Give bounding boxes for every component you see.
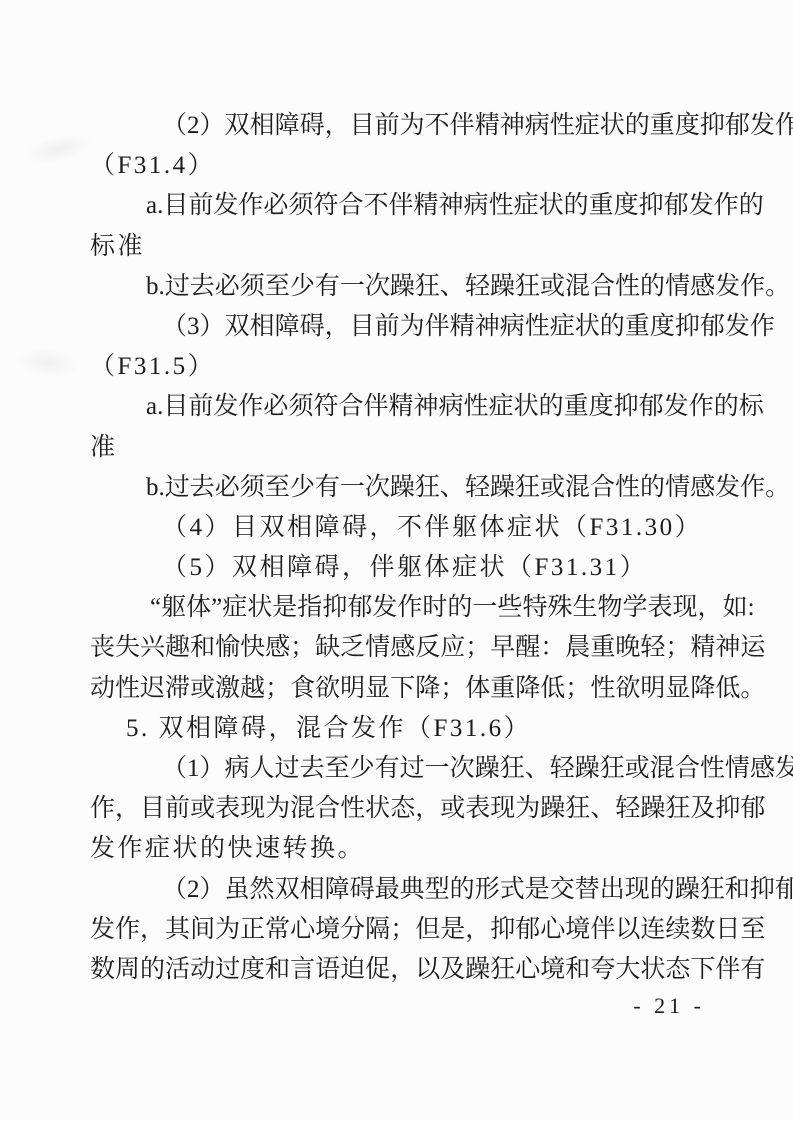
text-token: 的	[447, 588, 472, 628]
text-token: 狂	[600, 749, 625, 789]
text-token: 生	[572, 588, 597, 628]
text-token: 作	[689, 387, 714, 427]
text-token: 出	[600, 870, 625, 910]
text-token: 性	[590, 669, 615, 709]
text-token: 碍	[300, 106, 325, 146]
text-token: 轻	[465, 468, 490, 508]
text-token: 碍	[350, 870, 375, 910]
text-token: 过	[165, 267, 190, 307]
text-token: 性	[615, 468, 640, 508]
text-token: 应	[440, 628, 465, 668]
text-token: a.	[146, 387, 163, 427]
text-token: 过	[400, 749, 425, 789]
document-page: （2）双相障碍，目前为不伴精神病性症状的重度抑郁发作（F31.4）a.目前发作必…	[0, 0, 793, 1121]
text-token: 精	[389, 387, 414, 427]
text-token: 重	[625, 307, 650, 347]
text-token: 境	[540, 950, 565, 990]
text-token: 狂	[415, 468, 440, 508]
text-token: 狂	[415, 267, 440, 307]
text-token: 符	[313, 186, 338, 226]
text-token: 目	[350, 106, 375, 146]
text-token: 状	[365, 789, 390, 829]
text-token: 前	[188, 387, 213, 427]
text-token: 轻	[615, 789, 640, 829]
text-token: 作	[714, 186, 739, 226]
text-token: 乏	[340, 628, 365, 668]
text-token: ；	[565, 669, 590, 709]
text-token: 相	[300, 870, 325, 910]
text-token: 前	[375, 307, 400, 347]
text-token: 。	[740, 669, 765, 709]
text-token: 郁	[515, 910, 540, 950]
text-token: 及	[440, 950, 465, 990]
text-token: 性	[525, 307, 550, 347]
text-token: 须	[240, 267, 265, 307]
text-token: 体	[186, 588, 211, 628]
text-token: 伴	[590, 910, 615, 950]
text-token: ，	[465, 910, 490, 950]
text-token: ”	[211, 588, 222, 628]
text-token: 躁	[540, 789, 565, 829]
text-token: 早	[490, 628, 515, 668]
text-token: 郁	[725, 106, 750, 146]
text-token: 心	[290, 910, 315, 950]
text-token: 和	[565, 950, 590, 990]
text-token: 郁	[639, 387, 664, 427]
text-token: 伴	[363, 387, 388, 427]
text-token: 一	[340, 267, 365, 307]
text-token: 重	[490, 669, 515, 709]
text-token: 作	[115, 910, 140, 950]
text-token: 过	[165, 468, 190, 508]
text-token: 指	[297, 588, 322, 628]
text-token: 狂	[665, 789, 690, 829]
text-token: 迟	[140, 669, 165, 709]
text-token: 符	[313, 387, 338, 427]
text-token: 殊	[547, 588, 572, 628]
text-token: 迫	[340, 950, 365, 990]
text-token: 其	[165, 910, 190, 950]
text-token: 有	[315, 468, 340, 508]
text-token: 的	[600, 307, 625, 347]
text-token: 次	[365, 468, 390, 508]
text-token: 现	[625, 870, 650, 910]
text-token: 情	[665, 468, 690, 508]
text-token: 激	[215, 669, 240, 709]
text-token: 作	[740, 468, 765, 508]
text-token: 合	[590, 267, 615, 307]
text-token: ，	[698, 588, 723, 628]
text-token: 郁	[347, 588, 372, 628]
text-token: 相	[250, 307, 275, 347]
text-token: 的	[564, 186, 589, 226]
text-token: 语	[315, 950, 340, 990]
text-token: ；	[265, 669, 290, 709]
text-token: 发	[725, 307, 750, 347]
text-token: 感	[390, 628, 415, 668]
text-token: 常	[265, 910, 290, 950]
text-token: 最	[375, 870, 400, 910]
text-token: 或	[540, 267, 565, 307]
text-token: 有	[740, 950, 765, 990]
text-token: 表	[465, 789, 490, 829]
text-token: 愉	[215, 628, 240, 668]
text-token: 病	[225, 749, 250, 789]
text-token: 郁	[664, 186, 689, 226]
text-token: 下	[690, 950, 715, 990]
text-token: 目	[140, 789, 165, 829]
text-token: ，	[415, 789, 440, 829]
text-token: 必	[263, 387, 288, 427]
text-token: 症	[222, 588, 247, 628]
text-line: b.过去必须至少有一次躁狂、轻躁狂或混合性的情感发作。	[90, 468, 715, 508]
text-token: 去	[190, 468, 215, 508]
text-token: 。	[765, 468, 790, 508]
text-token: 发	[689, 186, 714, 226]
text-token: 病	[500, 307, 525, 347]
text-token: 为	[265, 789, 290, 829]
text-token: 性	[464, 387, 489, 427]
text-token: 间	[190, 910, 215, 950]
text-token: ）	[200, 307, 225, 347]
text-token: 活	[165, 950, 190, 990]
text-token: 数	[90, 950, 115, 990]
text-token: 晨	[565, 628, 590, 668]
text-line: b.过去必须至少有一次躁狂、轻躁狂或混合性的情感发作。	[90, 267, 715, 307]
text-token: 作	[90, 789, 115, 829]
text-token: 和	[190, 628, 215, 668]
text-line: a.目前发作必须符合不伴精神病性症状的重度抑郁发作的	[90, 186, 715, 226]
text-token: 大	[615, 950, 640, 990]
text-token: b.	[146, 267, 165, 307]
text-token: 病	[525, 106, 550, 146]
text-token: 前	[375, 106, 400, 146]
text-token: 下	[390, 669, 415, 709]
text-token: 度	[614, 186, 639, 226]
text-line: 作，目前或表现为混合性状态，或表现为躁狂、轻躁狂及抑郁	[90, 789, 715, 829]
text-token: 状	[247, 588, 272, 628]
text-token: 典	[400, 870, 425, 910]
text-token: 躁	[465, 950, 490, 990]
text-token: 性	[115, 669, 140, 709]
text-line: （2）虽然双相障碍最典型的形式是交替出现的躁狂和抑郁	[90, 870, 715, 910]
text-token: 神	[439, 186, 464, 226]
text-token: （	[162, 106, 187, 146]
text-line: （3）双相障碍，目前为伴精神病性症状的重度抑郁发作	[90, 307, 715, 347]
text-token: 伴	[715, 950, 740, 990]
text-token: 时	[422, 588, 447, 628]
text-token: 双	[225, 307, 250, 347]
text-token: 但	[415, 910, 440, 950]
page-number: - 21 -	[633, 992, 705, 1020]
text-token: 神	[475, 307, 500, 347]
text-token: 发	[90, 910, 115, 950]
text-token: 的	[539, 387, 564, 427]
text-token: 情	[365, 628, 390, 668]
text-token: 性	[489, 186, 514, 226]
text-token: 欲	[315, 669, 340, 709]
text-token: 情	[725, 749, 750, 789]
text-token: 的	[625, 106, 650, 146]
text-token: 躁	[675, 870, 700, 910]
text-token: 现	[673, 588, 698, 628]
scan-smudge	[22, 129, 96, 169]
text-token: 作	[397, 588, 422, 628]
text-token: 表	[648, 588, 673, 628]
text-token: 狂	[515, 468, 540, 508]
text-token: 为	[400, 106, 425, 146]
text-token: 精	[690, 628, 715, 668]
text-token: 须	[288, 186, 313, 226]
text-token: 感	[265, 628, 290, 668]
text-token: 作	[238, 387, 263, 427]
text-token: 晚	[615, 628, 640, 668]
text-token: ，	[390, 950, 415, 990]
text-token: 狂	[565, 789, 590, 829]
text-token: 是	[440, 910, 465, 950]
text-token: 发	[750, 106, 775, 146]
text-token: 躁	[390, 267, 415, 307]
text-token: ；	[440, 669, 465, 709]
text-token: 为	[515, 789, 540, 829]
text-token: 性	[340, 789, 365, 829]
text-token: 境	[565, 910, 590, 950]
text-token: 的	[739, 186, 764, 226]
text-token: 有	[315, 267, 340, 307]
text-line: 动性迟滞或激越；食欲明显下降；体重降低；性欲明显降低。	[90, 669, 715, 709]
text-token: 以	[415, 950, 440, 990]
text-token: 双	[225, 106, 250, 146]
text-token: （	[162, 749, 187, 789]
text-token: 动	[90, 669, 115, 709]
text-token: 必	[263, 186, 288, 226]
text-token: 、	[525, 749, 550, 789]
text-token: 趣	[165, 628, 190, 668]
text-token: 躁	[390, 468, 415, 508]
document-text-block: （2）双相障碍，目前为不伴精神病性症状的重度抑郁发作（F31.4）a.目前发作必…	[90, 106, 715, 990]
text-token: 情	[665, 267, 690, 307]
text-token: 感	[690, 468, 715, 508]
text-token: 混	[650, 749, 675, 789]
text-token: 些	[497, 588, 522, 628]
text-token: 合	[338, 186, 363, 226]
text-token: 为	[215, 910, 240, 950]
text-line: （1）病人过去至少有过一次躁狂、轻躁狂或混合性情感发	[90, 749, 715, 789]
text-token: 躁	[640, 789, 665, 829]
text-token: 伴	[389, 186, 414, 226]
text-token: 狂	[515, 267, 540, 307]
text-token: 重	[650, 106, 675, 146]
text-token: 言	[290, 950, 315, 990]
text-token: 式	[500, 870, 525, 910]
text-token: 失	[115, 628, 140, 668]
text-line: （4）目双相障碍，不伴躯体症状（F31.30）	[90, 508, 715, 548]
text-token: 精	[450, 307, 475, 347]
text-token: 少	[290, 468, 315, 508]
text-token: 精	[414, 186, 439, 226]
text-token: 次	[365, 267, 390, 307]
text-token: 去	[190, 267, 215, 307]
text-line: 数周的活动过度和言语迫促，以及躁狂心境和夸大状态下伴有	[90, 950, 715, 990]
text-token: 双	[275, 870, 300, 910]
text-token: ，	[325, 106, 350, 146]
text-token: 神	[414, 387, 439, 427]
text-token: ）	[200, 106, 225, 146]
text-token: 标	[739, 387, 764, 427]
text-token: 促	[365, 950, 390, 990]
text-token: 状	[539, 186, 564, 226]
text-token: 是	[272, 588, 297, 628]
text-token: 夸	[590, 950, 615, 990]
text-token: 现	[490, 789, 515, 829]
text-token: 发	[213, 186, 238, 226]
text-token: 症	[514, 186, 539, 226]
text-token: 须	[288, 387, 313, 427]
text-token: 作	[750, 307, 775, 347]
text-token: 发	[213, 387, 238, 427]
text-token: 至	[740, 910, 765, 950]
text-token: 轻	[550, 749, 575, 789]
text-line: （2）双相障碍，目前为不伴精神病性症状的重度抑郁发作	[90, 106, 715, 146]
text-token: 目	[163, 387, 188, 427]
text-token: 性	[700, 749, 725, 789]
text-token: 周	[115, 950, 140, 990]
text-token: a.	[146, 186, 163, 226]
text-token: 过	[215, 950, 240, 990]
text-token: 隔	[365, 910, 390, 950]
text-token: 抑	[614, 387, 639, 427]
text-token: 发	[715, 267, 740, 307]
text-token: 躁	[475, 749, 500, 789]
text-token: 重	[564, 387, 589, 427]
text-token: 神	[500, 106, 525, 146]
text-token: 重	[590, 628, 615, 668]
text-token: 少	[350, 749, 375, 789]
text-token: 滞	[165, 669, 190, 709]
text-token: 人	[250, 749, 275, 789]
text-token: 及	[690, 789, 715, 829]
text-token: 目	[163, 186, 188, 226]
text-token: 度	[589, 387, 614, 427]
text-token: ；	[290, 628, 315, 668]
text-token: 症	[489, 387, 514, 427]
text-token: 或	[440, 789, 465, 829]
text-token: 前	[165, 789, 190, 829]
text-token: 明	[640, 669, 665, 709]
text-token: 郁	[740, 789, 765, 829]
text-token: 体	[465, 669, 490, 709]
text-token: 发	[715, 468, 740, 508]
text-token: （	[162, 870, 187, 910]
text-line: “躯体”症状是指抑郁发作时的一些特殊生物学表现，如:	[90, 588, 715, 628]
text-token: 降	[515, 669, 540, 709]
text-token: 至	[325, 749, 350, 789]
text-token: 或	[190, 669, 215, 709]
text-token: 有	[375, 749, 400, 789]
text-token: 发	[775, 749, 793, 789]
text-token: 缺	[315, 628, 340, 668]
text-token: 混	[290, 789, 315, 829]
text-token: 发	[664, 387, 689, 427]
text-token: 表	[215, 789, 240, 829]
text-token: 状	[600, 106, 625, 146]
text-token: 。	[765, 267, 790, 307]
text-token: 度	[675, 106, 700, 146]
text-token: 日	[715, 910, 740, 950]
text-token: 分	[340, 910, 365, 950]
text-token: 一	[340, 468, 365, 508]
text-token: 动	[190, 950, 215, 990]
text-token: 症	[575, 106, 600, 146]
text-token: 重	[589, 186, 614, 226]
text-token: 降	[415, 669, 440, 709]
text-token: 状	[514, 387, 539, 427]
text-token: 续	[665, 910, 690, 950]
text-token: 障	[275, 307, 300, 347]
text-token: 相	[250, 106, 275, 146]
text-token: 伴	[425, 307, 450, 347]
text-token: 躯	[161, 588, 186, 628]
text-token: ；	[465, 628, 490, 668]
text-token: 连	[640, 910, 665, 950]
text-token: 的	[714, 387, 739, 427]
text-token: 抑	[639, 186, 664, 226]
text-line: （F31.4）	[90, 146, 715, 186]
text-token: 碍	[300, 307, 325, 347]
text-token: 障	[275, 106, 300, 146]
text-token: b.	[146, 468, 165, 508]
text-line: a.目前发作必须符合伴精神病性症状的重度抑郁发作的标	[90, 387, 715, 427]
text-token: 越	[240, 669, 265, 709]
text-token: 的	[640, 468, 665, 508]
text-token: ；	[665, 628, 690, 668]
text-token: 一	[472, 588, 497, 628]
text-token: 躁	[490, 267, 515, 307]
text-token: 丧	[90, 628, 115, 668]
text-line: 丧失兴趣和愉快感；缺乏情感反应；早醒：晨重晚轻；精神运	[90, 628, 715, 668]
text-token: 3	[187, 307, 200, 347]
text-token: 不	[363, 186, 388, 226]
text-token: 作	[775, 106, 793, 146]
text-token: 郁	[700, 307, 725, 347]
text-token: 心	[515, 950, 540, 990]
text-token: 郁	[775, 870, 793, 910]
text-token: 欲	[615, 669, 640, 709]
text-token: 醒	[515, 628, 540, 668]
text-token: 合	[590, 468, 615, 508]
text-token: 的	[650, 870, 675, 910]
text-token: 降	[690, 669, 715, 709]
text-token: 态	[390, 789, 415, 829]
text-token: 如	[723, 588, 748, 628]
text-token: 伴	[450, 106, 475, 146]
text-token: ；	[390, 910, 415, 950]
text-token: 显	[665, 669, 690, 709]
text-token: 2	[187, 106, 200, 146]
text-token: 混	[565, 468, 590, 508]
text-token: 低	[540, 669, 565, 709]
text-line: 准	[90, 428, 715, 468]
text-token: 抑	[700, 106, 725, 146]
text-token: 精	[475, 106, 500, 146]
text-token: 和	[265, 950, 290, 990]
text-token: 躁	[575, 749, 600, 789]
text-token: 特	[522, 588, 547, 628]
text-token: 的	[140, 950, 165, 990]
text-token: 、	[590, 789, 615, 829]
text-line: 标准	[90, 227, 715, 267]
text-token: 狂	[490, 950, 515, 990]
